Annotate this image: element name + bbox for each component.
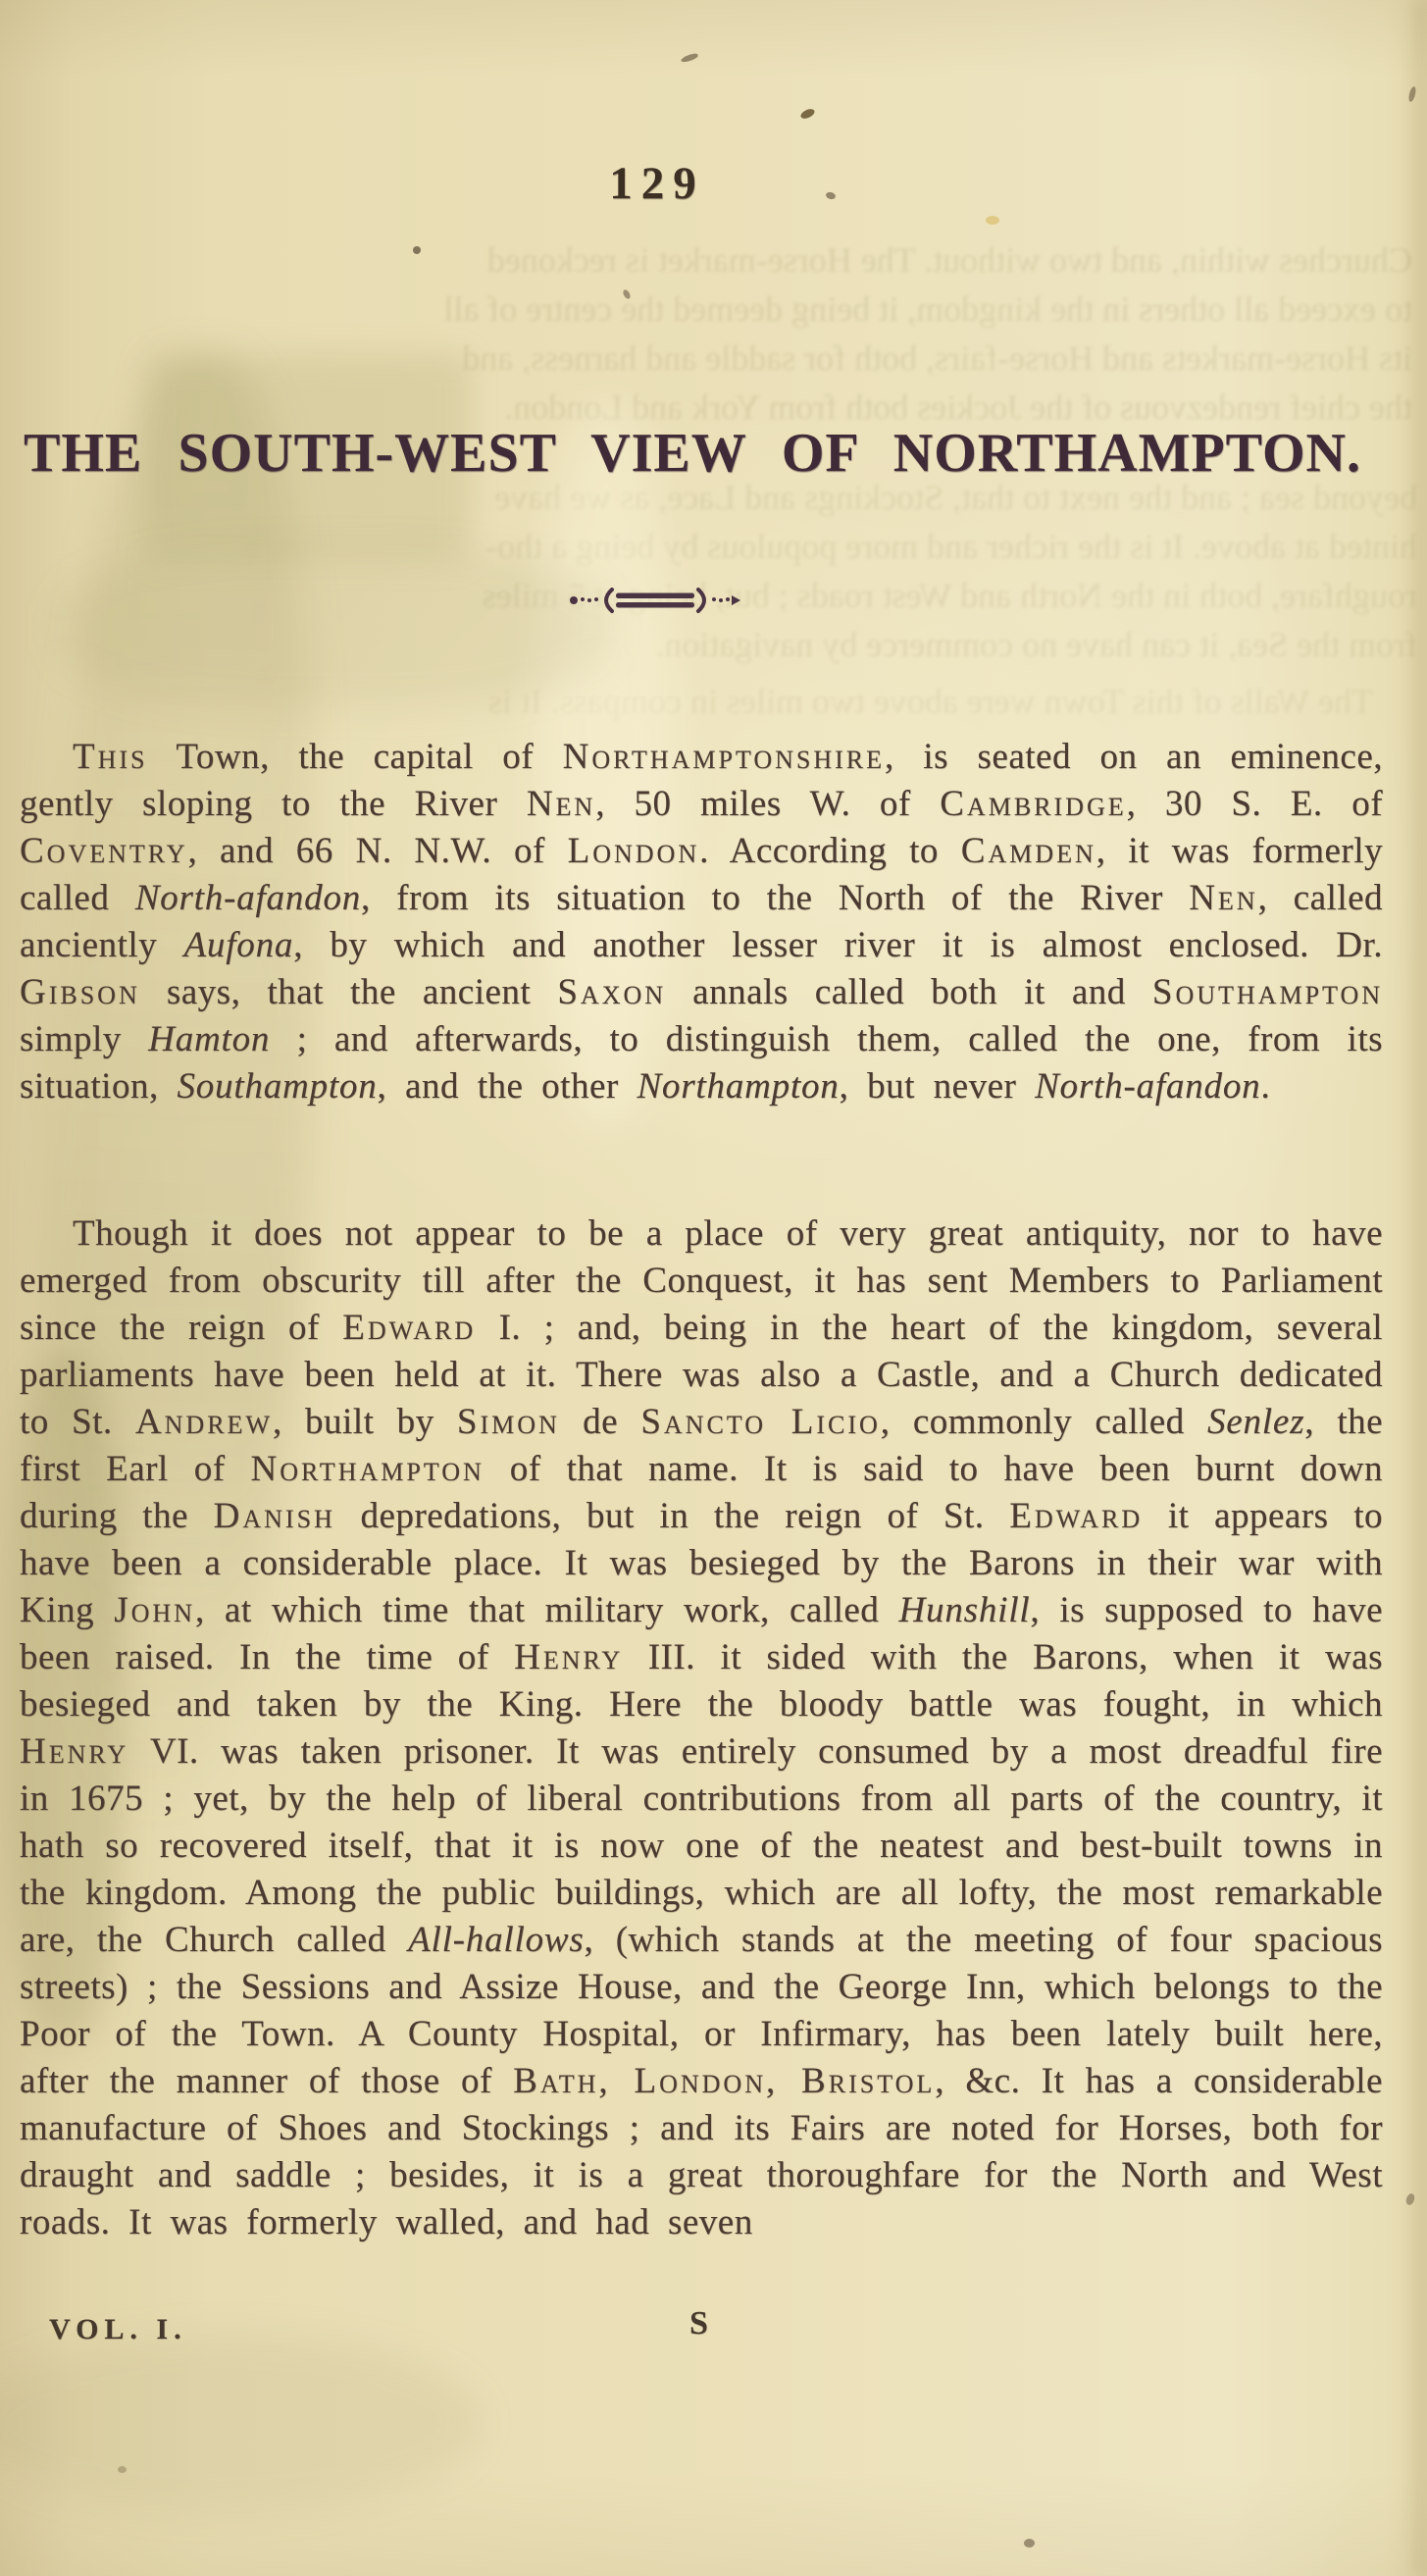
paragraph-1: This Town, the capital of Northamptonshi…	[20, 734, 1383, 1110]
ink-speck	[825, 191, 836, 200]
body-text: .	[1260, 1066, 1270, 1107]
ink-speck	[622, 288, 632, 300]
body-text: , from its situation to the North of the…	[361, 878, 1189, 918]
small-caps-text: John	[114, 1590, 195, 1630]
bleedthrough-text: beyond sea ; and the next to that, Stock…	[245, 473, 1417, 669]
small-caps-text: Southampton	[1152, 972, 1383, 1012]
volume-label: VOL. I.	[49, 2313, 187, 2346]
italic-text: Senlez	[1207, 1402, 1304, 1442]
page-title: THE SOUTH-WEST VIEW OF NORTHAMPTON.	[24, 422, 1361, 485]
italic-text: North-afandon	[1035, 1066, 1260, 1107]
small-caps-text: Sancto Licio	[640, 1402, 880, 1442]
body-text: , but never	[840, 1066, 1035, 1107]
bleedthrough-line: The Walls of this Town were above two mi…	[59, 677, 1373, 726]
ink-speck	[1404, 2192, 1416, 2206]
small-caps-text: Edward	[1009, 1496, 1143, 1536]
paper-stain	[1411, 0, 1427, 2576]
bleedthrough-line: to exceed all others in the kingdom, it …	[39, 284, 1412, 334]
italic-text: Northampton	[637, 1066, 839, 1107]
bleedthrough-line: from the Sea, it can have no commerce by…	[245, 620, 1417, 669]
body-text: , 30 S. E. of	[1127, 784, 1383, 824]
small-caps-text: Camden	[961, 831, 1096, 871]
small-caps-text: Simon	[457, 1402, 560, 1442]
bleedthrough-line: roughfare, both in the North and West ro…	[245, 571, 1417, 620]
bleedthrough-line: hinted at above. It is the richer and mo…	[245, 522, 1417, 571]
ink-speck	[413, 246, 421, 254]
small-caps-text: Henry	[514, 1637, 623, 1677]
small-caps-text: Henry	[20, 1731, 128, 1772]
paper-stain	[0, 2335, 481, 2511]
small-caps-text: Northamptonshire	[563, 737, 885, 777]
body-text: , by which and another lesser river it i…	[293, 925, 1383, 965]
italic-text: Southampton	[177, 1066, 377, 1107]
small-caps-text: Andrew	[135, 1402, 273, 1442]
body-text: annals called both it and	[666, 972, 1152, 1012]
page-number: 129	[588, 157, 726, 210]
paragraph-2: Though it does not appear to be a place …	[20, 1211, 1383, 2246]
book-page-scan: Churches within, and two without. The Ho…	[0, 0, 1427, 2576]
italic-text: All-hallows	[408, 1920, 584, 1960]
small-caps-text: Edward	[342, 1308, 476, 1348]
ink-speck	[1407, 86, 1417, 103]
body-text: , 50 miles W. of	[595, 784, 940, 824]
small-caps-text: This	[73, 737, 148, 777]
ink-speck	[799, 107, 816, 121]
ink-speck	[986, 216, 999, 225]
small-caps-text: Saxon	[557, 972, 666, 1012]
small-caps-text: Nen	[527, 784, 595, 824]
small-caps-text: Northampton	[251, 1449, 484, 1489]
bleedthrough-line: its Horse-markets and Horse-fairs, both …	[39, 334, 1412, 383]
body-text: , built by	[273, 1402, 457, 1442]
body-text: de	[560, 1402, 640, 1442]
small-caps-text: Bath, London, Bristol	[513, 2061, 935, 2101]
bleedthrough-line: Churches within, and two without. The Ho…	[39, 235, 1412, 284]
body-text: . According to	[699, 831, 961, 871]
italic-text: Aufona	[184, 925, 294, 965]
bleedthrough-text: The Walls of this Town were above two mi…	[59, 677, 1373, 726]
body-text: , and 66 N. N.W. of	[187, 831, 567, 871]
italic-text: Hunshill	[899, 1590, 1031, 1630]
body-text: simply	[20, 1019, 148, 1059]
body-text: , and the other	[378, 1066, 637, 1107]
small-caps-text: Cambridge	[940, 784, 1126, 824]
italic-text: Hamton	[148, 1019, 270, 1059]
ink-speck	[681, 52, 699, 63]
section-divider-ornament	[567, 586, 743, 615]
body-text: , commonly called	[881, 1402, 1207, 1442]
italic-text: North-afandon	[135, 878, 361, 918]
small-caps-text: Coventry	[20, 831, 187, 871]
small-caps-text: London	[568, 831, 699, 871]
small-caps-text: Danish	[214, 1496, 335, 1536]
body-text: depredations, but in the reign of St.	[335, 1496, 1009, 1536]
ink-speck	[1024, 2539, 1035, 2548]
signature-mark: S	[689, 2305, 708, 2343]
body-text: Town, the capital of	[148, 737, 563, 777]
body-text: says, that the ancient	[140, 972, 558, 1012]
small-caps-text: Gibson	[20, 972, 140, 1012]
paper-stain	[59, 549, 608, 706]
body-text: , at which time that military work, call…	[195, 1590, 899, 1630]
small-caps-text: Nen	[1189, 878, 1257, 918]
ink-speck	[118, 2466, 127, 2473]
bleedthrough-text: Churches within, and two without. The Ho…	[39, 235, 1412, 432]
